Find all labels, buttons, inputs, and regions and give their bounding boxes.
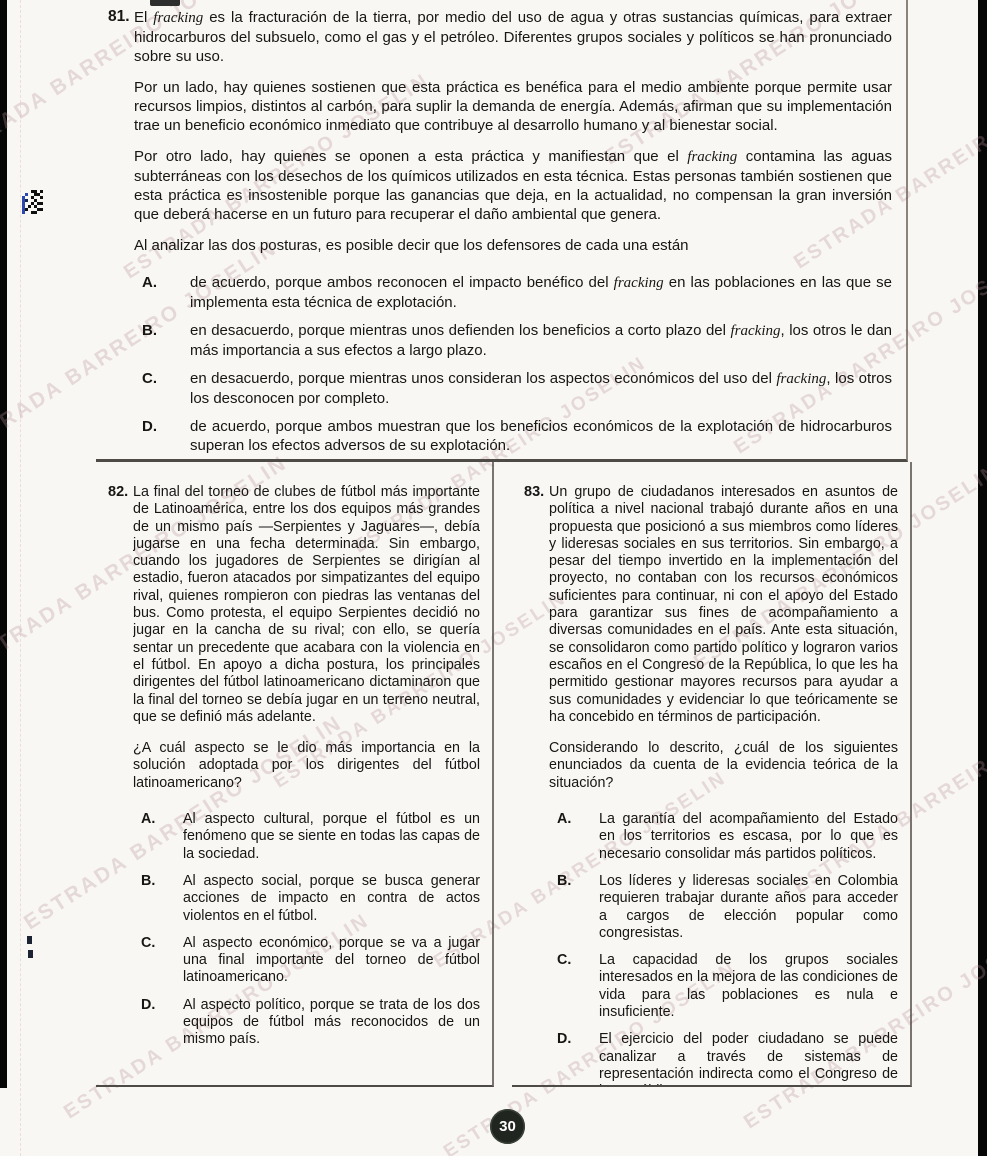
question-number: 81.: [108, 8, 130, 26]
scan-artifact-margin: [27, 936, 32, 944]
question-paragraph: La final del torneo de clubes de fútbol …: [133, 484, 480, 726]
question-paragraph: Un grupo de ciudadanos interesados en as…: [549, 484, 898, 726]
question-83-content: Un grupo de ciudadanos interesados en as…: [549, 462, 898, 1085]
option-text: Al aspecto político, porque se trata de …: [183, 997, 480, 1049]
option-letter: A.: [134, 273, 190, 312]
option-c: C. Al aspecto económico, porque se va a …: [133, 935, 480, 987]
question-prompt: Considerando lo descrito, ¿cuál de los s…: [549, 740, 898, 792]
option-letter: D.: [141, 997, 183, 1049]
option-letter: A.: [557, 811, 599, 863]
option-text: en desacuerdo, porque mientras unos defi…: [190, 321, 892, 360]
option-letter: D.: [134, 417, 190, 455]
option-b: B. en desacuerdo, porque mientras unos d…: [134, 321, 892, 360]
page-number-badge: 30: [490, 1109, 525, 1144]
option-letter: B.: [557, 873, 599, 942]
option-c: C. La capacidad de los grupos sociales i…: [549, 952, 898, 1021]
option-letter: B.: [134, 321, 190, 360]
question-prompt: ¿A cuál aspecto se le dio más importanci…: [133, 740, 480, 792]
scan-edge-left: [0, 0, 7, 1088]
page-number: 30: [499, 1118, 516, 1135]
option-letter: A.: [141, 811, 183, 863]
question-lead-in: Al analizar las dos posturas, es posible…: [134, 236, 892, 255]
question-83: 83. Un grupo de ciudadanos interesados e…: [512, 462, 912, 1087]
option-text: La capacidad de los grupos sociales inte…: [599, 952, 898, 1021]
option-text: de acuerdo, porque ambos reconocen el im…: [190, 273, 892, 312]
scan-edge-right: [978, 0, 987, 1156]
question-paragraph: Por otro lado, hay quienes se oponen a e…: [134, 147, 892, 224]
question-82: 82. La final del torneo de clubes de fút…: [96, 462, 494, 1087]
question-number: 83.: [524, 484, 544, 500]
datamatrix-mark-icon: [22, 190, 25, 193]
question-82-content: La final del torneo de clubes de fútbol …: [133, 462, 480, 1085]
option-d: D. El ejercicio del poder ciudadano se p…: [549, 1031, 898, 1085]
option-letter: C.: [134, 369, 190, 408]
option-text: de acuerdo, porque ambos muestran que lo…: [190, 417, 892, 455]
option-letter: C.: [557, 952, 599, 1021]
option-d: D. Al aspecto político, porque se trata …: [133, 997, 480, 1049]
question-paragraph: Por un lado, hay quienes sostienen que e…: [134, 78, 892, 135]
option-text: Los líderes y lideresas sociales en Colo…: [599, 873, 898, 942]
question-paragraph: El fracking es la fracturación de la tie…: [134, 8, 892, 66]
option-a: A. Al aspecto cultural, porque el fútbol…: [133, 811, 480, 863]
option-text: El ejercicio del poder ciudadano se pued…: [599, 1031, 898, 1085]
option-text: Al aspecto social, porque se busca gener…: [183, 873, 480, 925]
option-text: Al aspecto cultural, porque el fútbol es…: [183, 811, 480, 863]
option-a: A. de acuerdo, porque ambos reconocen el…: [134, 273, 892, 312]
option-letter: C.: [141, 935, 183, 987]
option-b: B. Los líderes y lideresas sociales en C…: [549, 873, 898, 942]
option-letter: B.: [141, 873, 183, 925]
question-number: 82.: [108, 484, 128, 500]
option-letter: D.: [557, 1031, 599, 1085]
option-d: D. de acuerdo, porque ambos muestran que…: [134, 417, 892, 455]
question-81: 81. El fracking es la fracturación de la…: [96, 0, 908, 462]
option-text: Al aspecto económico, porque se va a jug…: [183, 935, 480, 987]
option-a: A. La garantía del acompañamiento del Es…: [549, 811, 898, 863]
margin-guide-line: [20, 0, 21, 1156]
option-text: en desacuerdo, porque mientras unos cons…: [190, 369, 892, 408]
option-c: C. en desacuerdo, porque mientras unos c…: [134, 369, 892, 408]
option-b: B. Al aspecto social, porque se busca ge…: [133, 873, 480, 925]
question-81-content: El fracking es la fracturación de la tie…: [134, 0, 892, 459]
option-text: La garantía del acompañamiento del Estad…: [599, 811, 898, 863]
